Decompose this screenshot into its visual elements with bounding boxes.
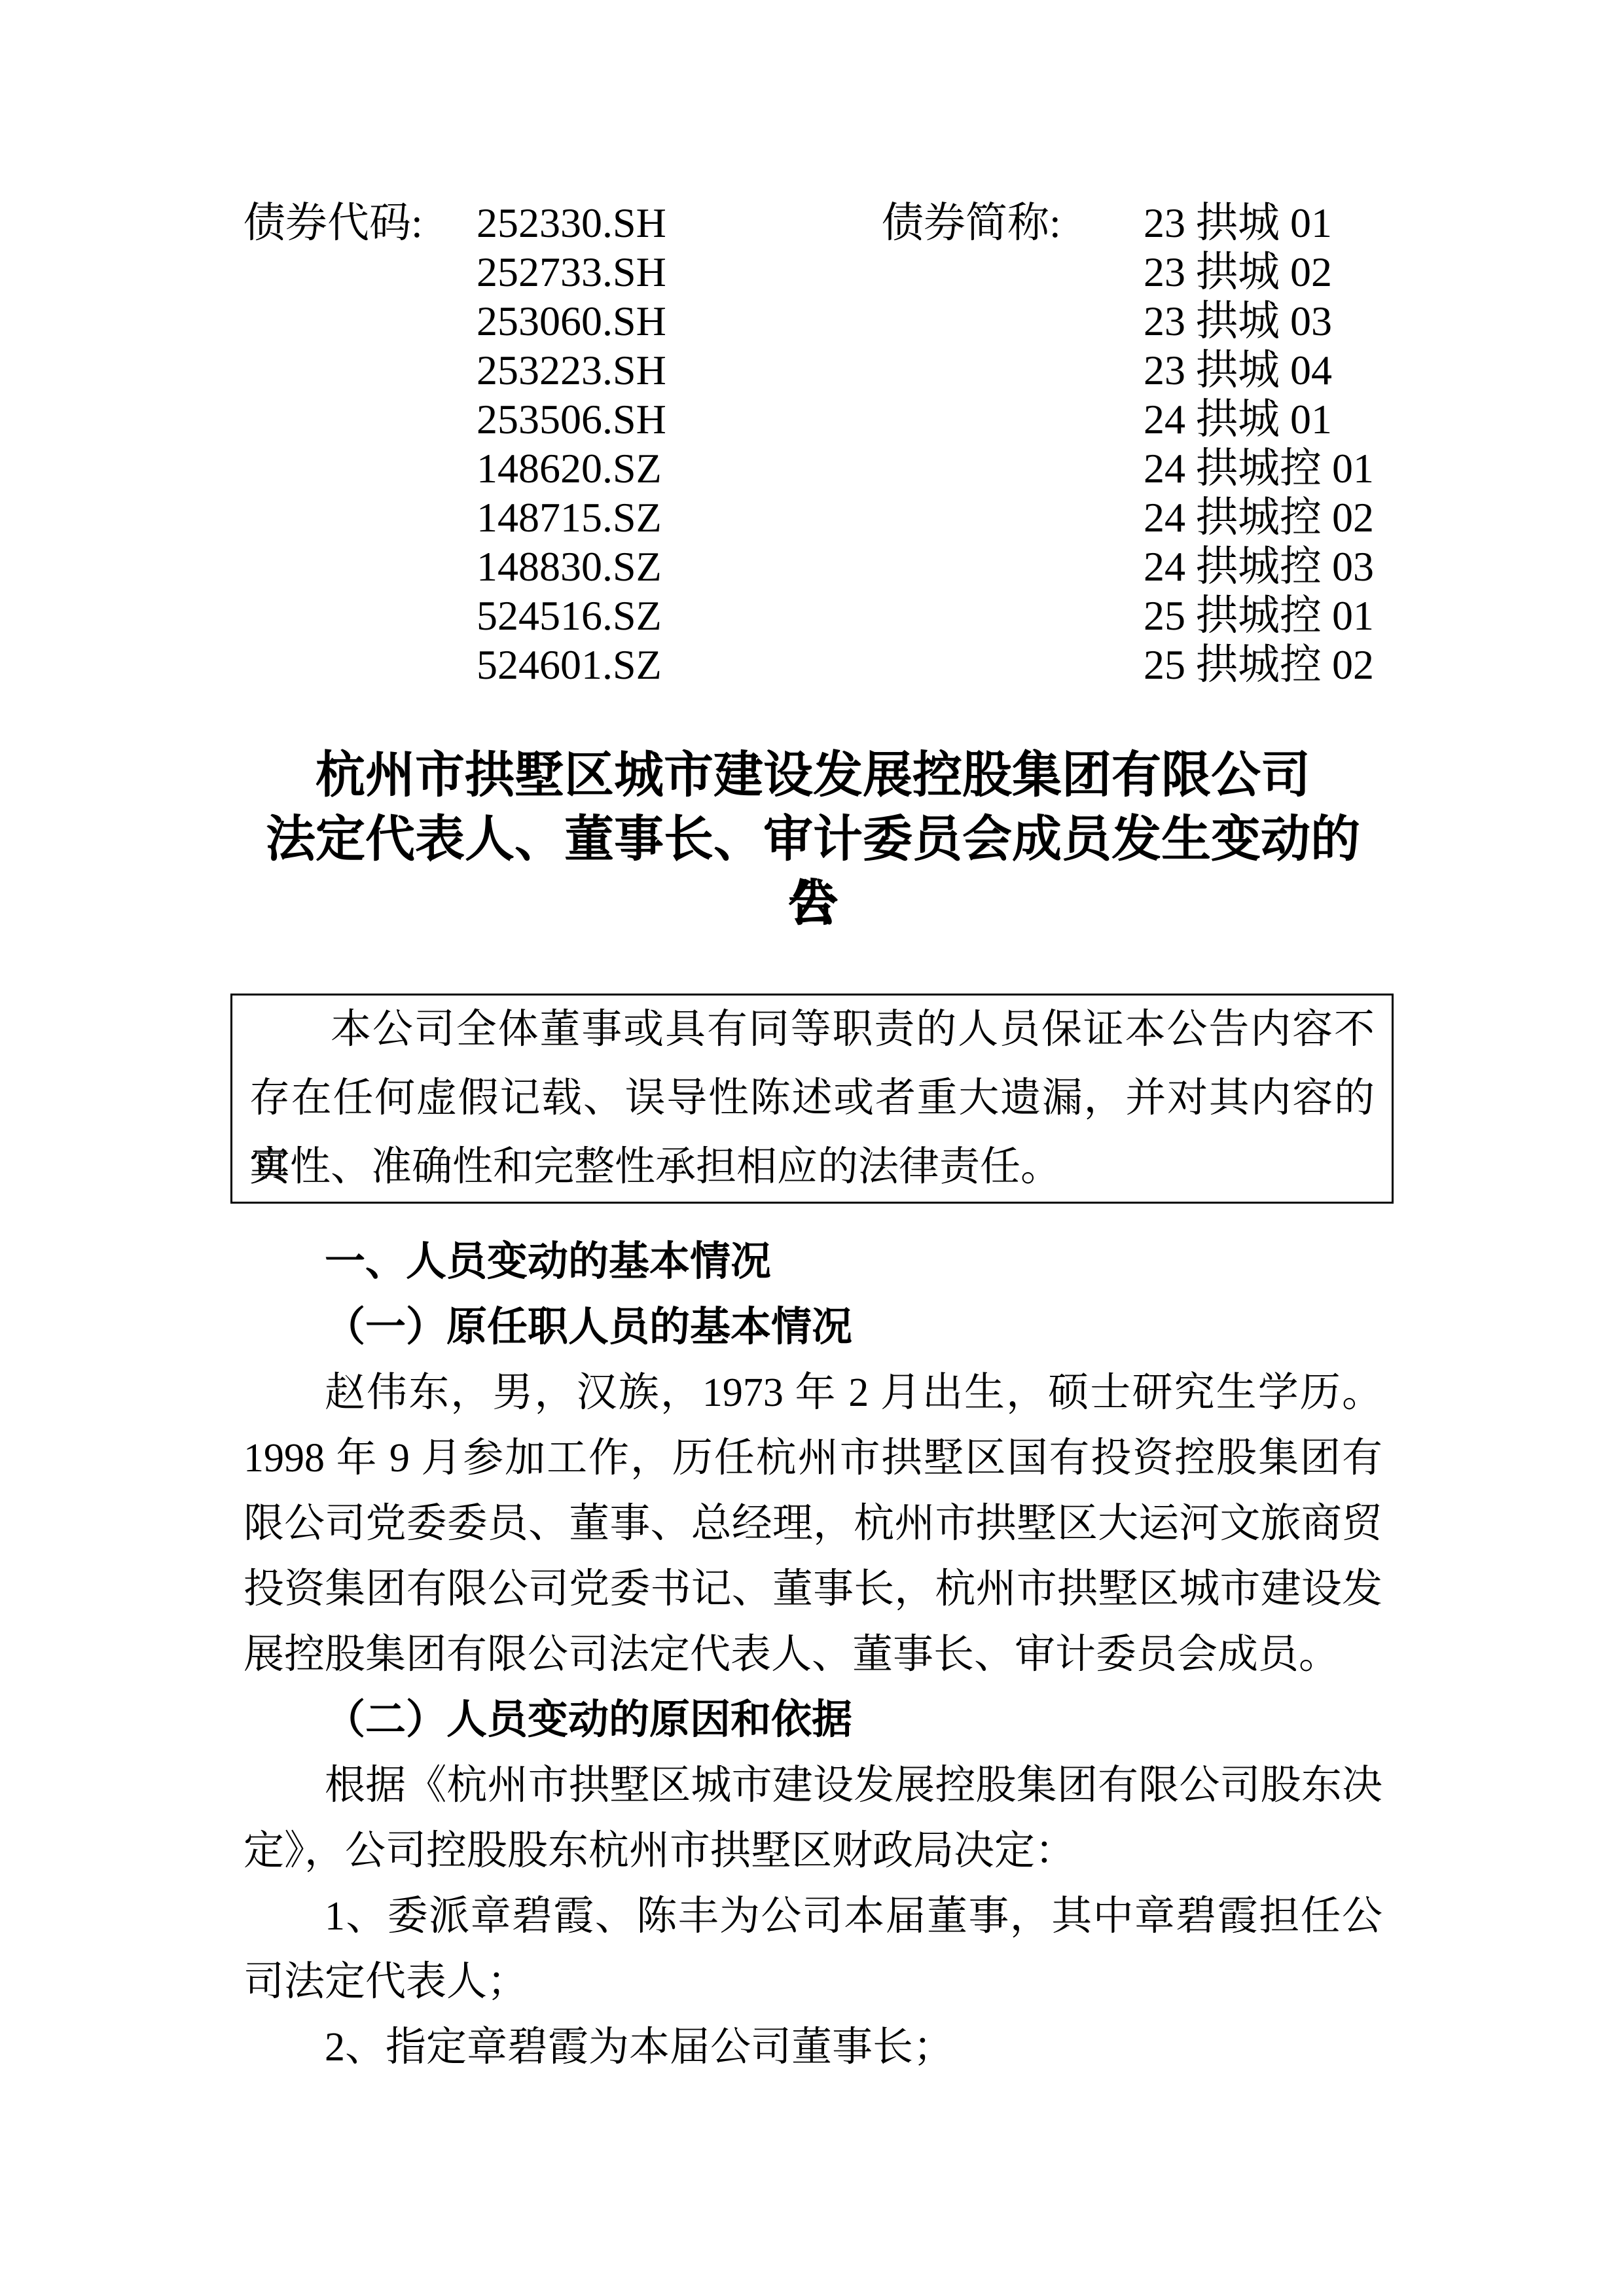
- paragraph-4: 2、指定章碧霞为本届公司董事长；: [244, 2015, 1382, 2080]
- announcement-page: 债券代码: 252330.SH 债券简称: 23 拱城 01 252733.SH…: [0, 0, 1624, 2296]
- paragraph-line: 定》，公司控股股东杭州市拱墅区财政局决定：: [244, 1818, 1382, 1884]
- page-title-line: 告: [244, 872, 1382, 936]
- bond-row: 148830.SZ 24 拱城控 03: [244, 542, 1382, 591]
- bond-name: 23 拱城 02: [1144, 247, 1332, 296]
- bond-row: 债券代码: 252330.SH 债券简称: 23 拱城 01: [244, 198, 1382, 247]
- paragraph-line: 司法定代表人；: [244, 1949, 1382, 2015]
- page-title-line: 杭州市拱墅区城市建设发展控股集团有限公司: [244, 744, 1382, 808]
- paragraph-line: 展控股集团有限公司法定代表人、董事长、审计委员会成员。: [244, 1622, 1382, 1687]
- bond-row: 524601.SZ 25 拱城控 02: [244, 640, 1382, 689]
- bond-code: 524601.SZ: [477, 640, 662, 689]
- paragraph-2: 根据《杭州市拱墅区城市建设发展控股集团有限公司股东决 定》，公司控股股东杭州市拱…: [244, 1753, 1382, 1884]
- section-heading-3: （二）人员变动的原因和依据: [244, 1687, 1382, 1753]
- bond-code: 148715.SZ: [477, 493, 662, 542]
- bond-code-label: 债券代码:: [244, 198, 423, 247]
- disclaimer-box: 本公司全体董事或具有同等职责的人员保证本公告内容不 存在任何虚假记载、误导性陈述…: [230, 994, 1394, 1204]
- paragraph-line: 根据《杭州市拱墅区城市建设发展控股集团有限公司股东决: [244, 1753, 1382, 1818]
- bond-name: 25 拱城控 01: [1144, 591, 1374, 640]
- paragraph-line: 1、委派章碧霞、陈丰为公司本届董事，其中章碧霞担任公: [244, 1884, 1382, 1949]
- bond-name: 25 拱城控 02: [1144, 640, 1374, 689]
- bond-code: 253506.SH: [477, 395, 666, 444]
- bond-table: 债券代码: 252330.SH 债券简称: 23 拱城 01 252733.SH…: [244, 198, 1382, 689]
- bond-code: 148620.SZ: [477, 444, 662, 493]
- bond-row: 524516.SZ 25 拱城控 01: [244, 591, 1382, 640]
- bond-name: 24 拱城控 02: [1144, 493, 1374, 542]
- bond-row: 148620.SZ 24 拱城控 01: [244, 444, 1382, 493]
- bond-row: 252733.SH 23 拱城 02: [244, 247, 1382, 296]
- paragraph-line: 赵伟东，男，汉族，1973 年 2 月出生，硕士研究生学历。: [244, 1360, 1382, 1426]
- bond-code: 253223.SH: [477, 346, 666, 395]
- paragraph-line: 1998 年 9 月参加工作，历任杭州市拱墅区国有投资控股集团有: [244, 1426, 1382, 1491]
- bond-name-label: 债券简称:: [882, 198, 1061, 247]
- bond-code: 148830.SZ: [477, 542, 662, 591]
- bond-row: 148715.SZ 24 拱城控 02: [244, 493, 1382, 542]
- paragraph-line: 投资集团有限公司党委书记、董事长，杭州市拱墅区城市建设发: [244, 1556, 1382, 1622]
- paragraph-line: 2、指定章碧霞为本届公司董事长；: [244, 2015, 1382, 2080]
- disclaimer-line: 本公司全体董事或具有同等职责的人员保证本公告内容不: [249, 996, 1375, 1064]
- bond-code: 252330.SH: [477, 198, 666, 247]
- bond-name: 24 拱城控 01: [1144, 444, 1374, 493]
- paragraph-1: 赵伟东，男，汉族，1973 年 2 月出生，硕士研究生学历。 1998 年 9 …: [244, 1360, 1382, 1687]
- bond-name: 24 拱城 01: [1144, 395, 1332, 444]
- document-body: 一、人员变动的基本情况 （一）原任职人员的基本情况 赵伟东，男，汉族，1973 …: [244, 1229, 1382, 2080]
- bond-name: 23 拱城 03: [1144, 296, 1332, 346]
- paragraph-line: 限公司党委委员、董事、总经理，杭州市拱墅区大运河文旅商贸: [244, 1491, 1382, 1556]
- bond-code: 252733.SH: [477, 247, 666, 296]
- bond-name: 23 拱城 04: [1144, 346, 1332, 395]
- page-title: 杭州市拱墅区城市建设发展控股集团有限公司 法定代表人、董事长、审计委员会成员发生…: [244, 744, 1382, 936]
- disclaimer-line: 实性、准确性和完整性承担相应的法律责任。: [249, 1133, 1375, 1202]
- page-title-line: 法定代表人、董事长、审计委员会成员发生变动的公: [244, 808, 1382, 872]
- bond-code: 524516.SZ: [477, 591, 662, 640]
- paragraph-3: 1、委派章碧霞、陈丰为公司本届董事，其中章碧霞担任公 司法定代表人；: [244, 1884, 1382, 2015]
- disclaimer-line: 存在任何虚假记载、误导性陈述或者重大遗漏，并对其内容的真: [249, 1064, 1375, 1133]
- bond-name: 23 拱城 01: [1144, 198, 1332, 247]
- bond-row: 253060.SH 23 拱城 03: [244, 296, 1382, 346]
- section-heading-2: （一）原任职人员的基本情况: [244, 1295, 1382, 1360]
- bond-name: 24 拱城控 03: [1144, 542, 1374, 591]
- bond-row: 253506.SH 24 拱城 01: [244, 395, 1382, 444]
- bond-code: 253060.SH: [477, 296, 666, 346]
- bond-row: 253223.SH 23 拱城 04: [244, 346, 1382, 395]
- section-heading-1: 一、人员变动的基本情况: [244, 1229, 1382, 1295]
